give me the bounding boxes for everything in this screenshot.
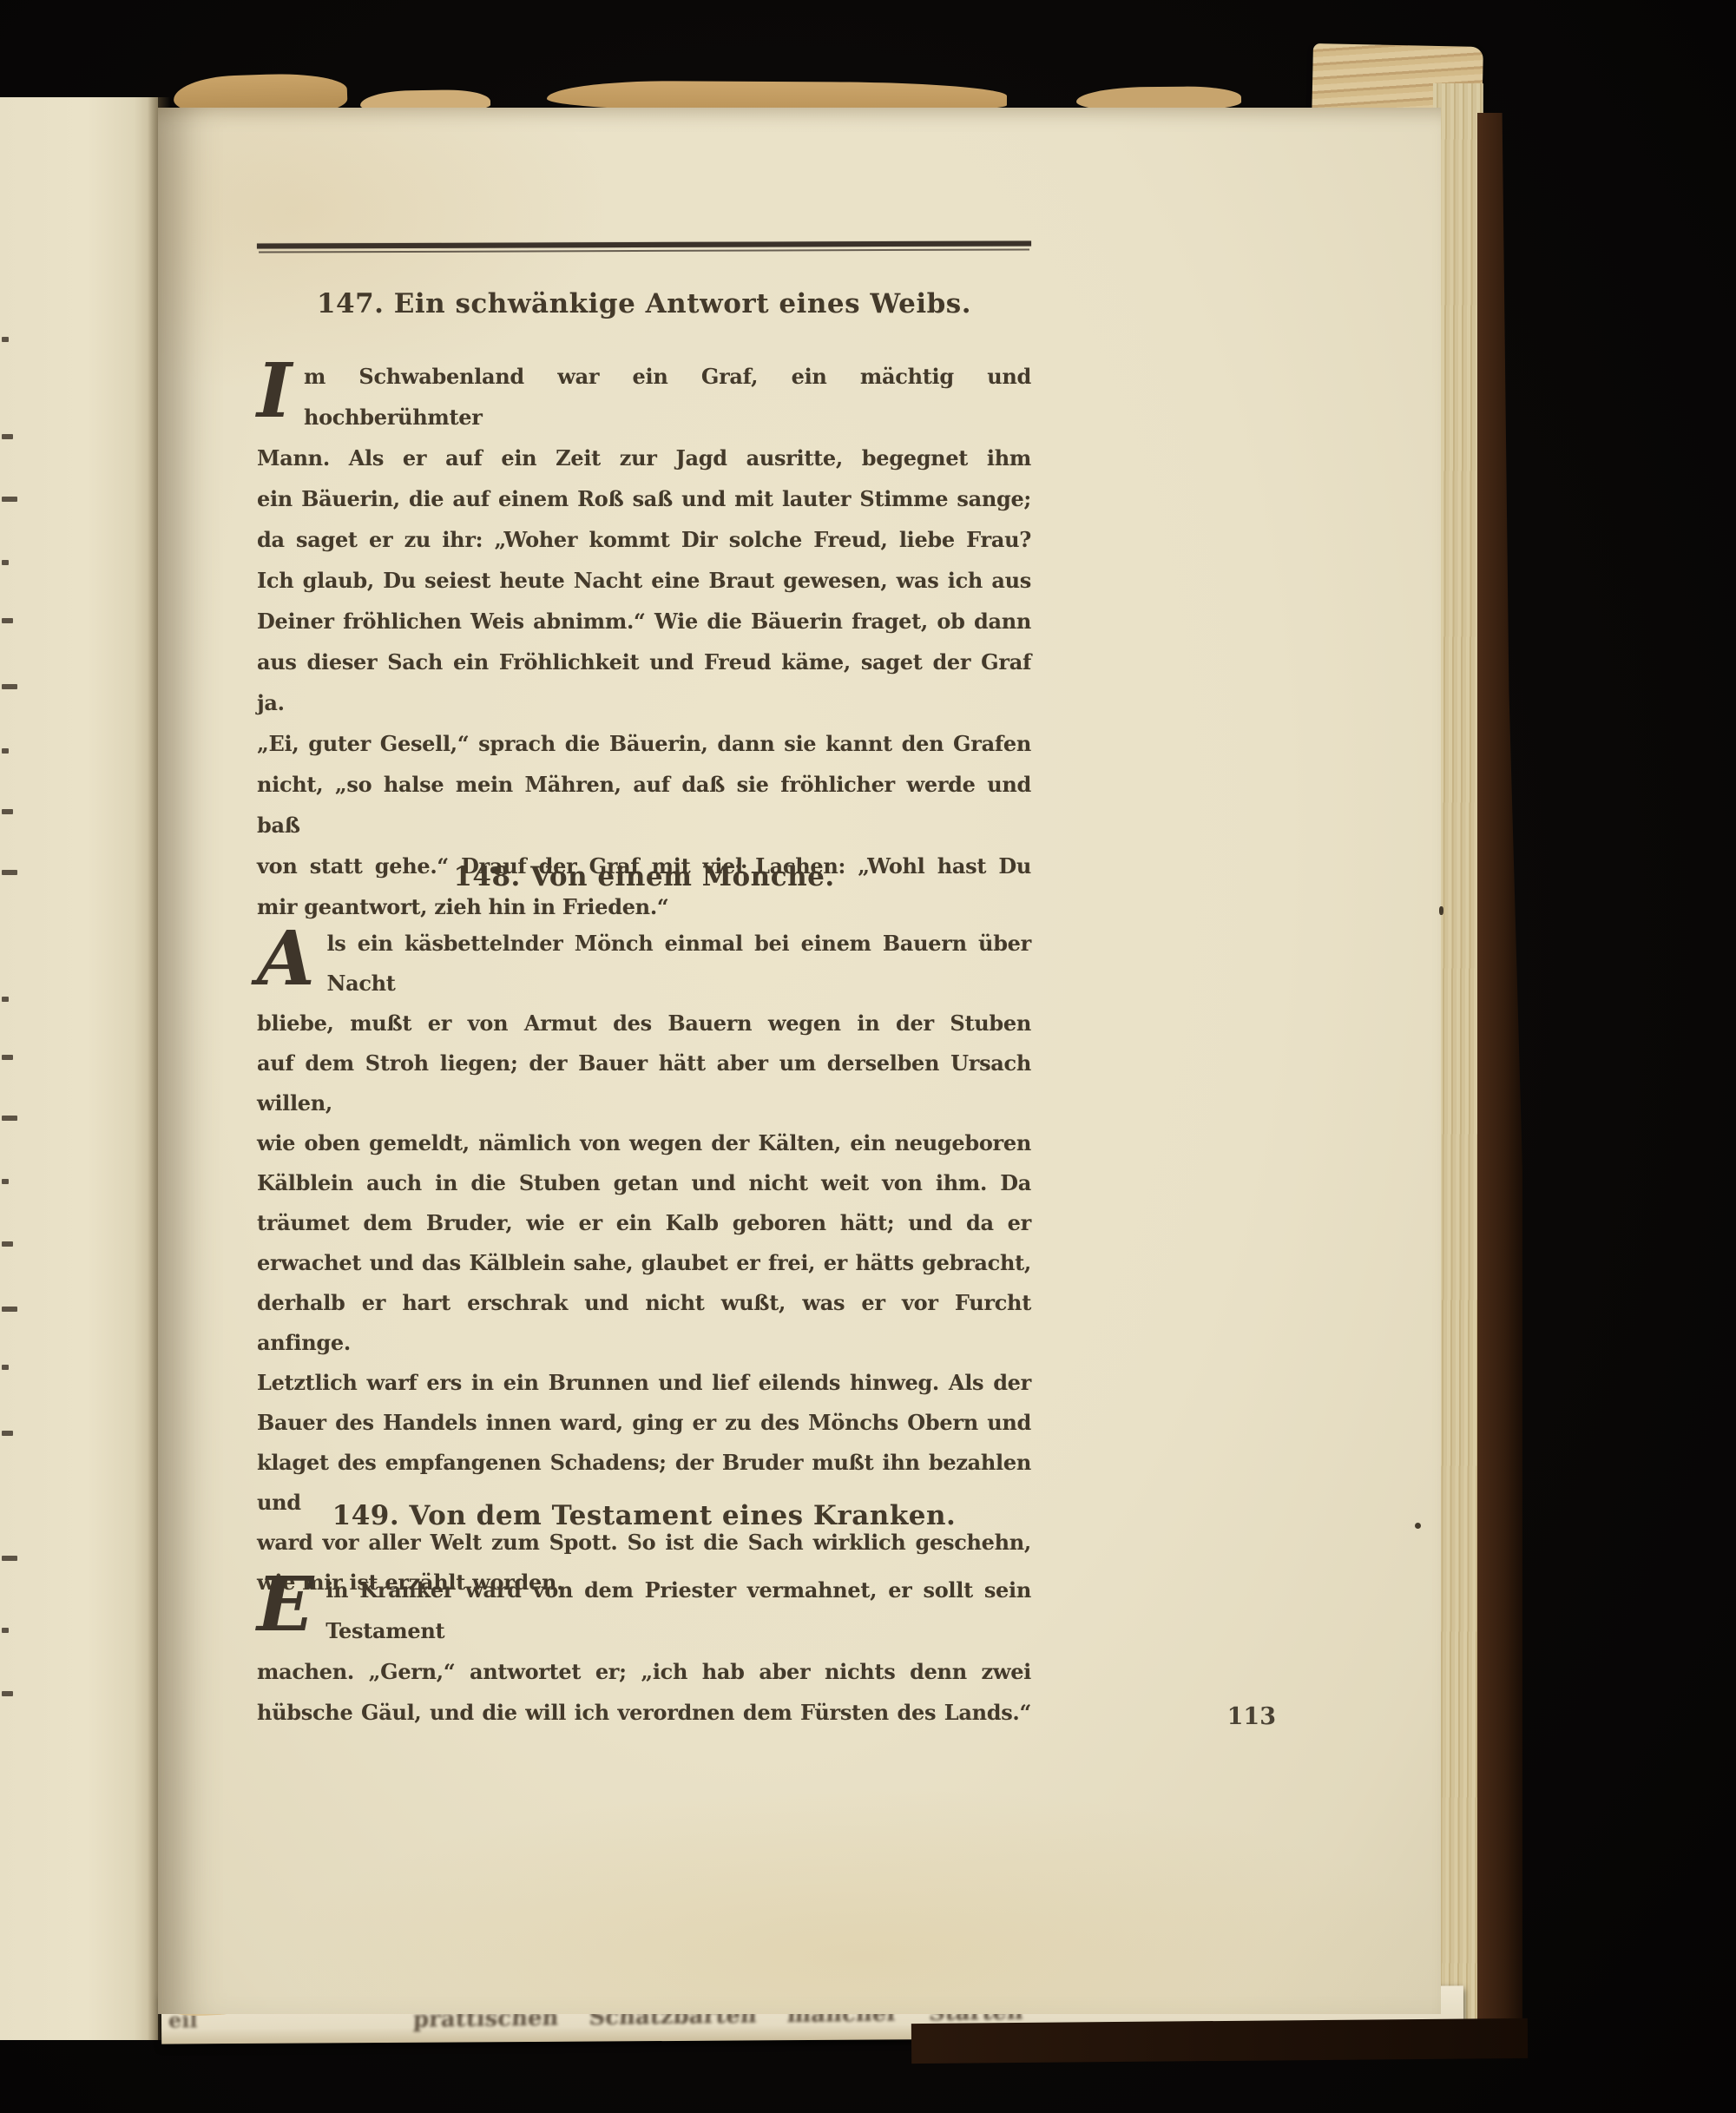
story-149-paragraph: E in Kranker ward von dem Priester verma… bbox=[257, 1570, 1031, 1733]
text-line: Letztlich warf ers in ein Brunnen und li… bbox=[257, 1363, 1031, 1403]
ink-speck bbox=[1415, 1523, 1421, 1529]
text-line: aus dieser Sach ein Fröhlichkeit und Fre… bbox=[257, 642, 1031, 723]
text-line: ls ein käsbettelnder Mönch einmal bei ei… bbox=[257, 924, 1031, 1004]
section-divider-rule-thin bbox=[259, 248, 1029, 253]
left-page-text-mark bbox=[2, 560, 9, 565]
book-photo: eil prattischen Schätzbarten mancher Sta… bbox=[0, 0, 1736, 2113]
left-page-text-mark bbox=[2, 870, 17, 875]
text-line: mir geantwort, zieh hin in Frieden.“ bbox=[257, 886, 1031, 927]
left-page-text-mark bbox=[2, 748, 9, 754]
left-page-text-mark bbox=[2, 809, 13, 814]
left-page-text-mark bbox=[2, 684, 17, 689]
text-line: Bauer des Handels innen ward, ging er zu… bbox=[257, 1403, 1031, 1443]
text-line: Ich glaub, Du seiest heute Nacht eine Br… bbox=[257, 560, 1031, 601]
section-heading-149: 149. Von dem Testament eines Kranken. bbox=[257, 1500, 1031, 1531]
text-line: da saget er zu ihr: „Woher kommt Dir sol… bbox=[257, 519, 1031, 560]
text-line: m Schwabenland war ein Graf, ein mächtig… bbox=[257, 356, 1031, 438]
left-page-text-mark bbox=[2, 997, 9, 1002]
dropcap-initial: A bbox=[257, 924, 326, 991]
left-page-text-mark bbox=[2, 1691, 13, 1696]
left-page-text-mark bbox=[2, 1628, 9, 1633]
left-page-text-mark bbox=[2, 1116, 17, 1121]
book-cover-edge bbox=[1477, 113, 1522, 2036]
left-page-text-mark bbox=[2, 1431, 13, 1436]
text-line: träumet dem Bruder, wie er ein Kalb gebo… bbox=[257, 1203, 1031, 1243]
text-line: Kälblein auch in die Stuben getan und ni… bbox=[257, 1163, 1031, 1203]
text-line: auf dem Stroh liegen; der Bauer hätt abe… bbox=[257, 1043, 1031, 1123]
text-line: Deiner fröhlichen Weis abnimm.“ Wie die … bbox=[257, 601, 1031, 642]
left-page-text-mark bbox=[2, 1055, 13, 1060]
text-line: wie oben gemeldt, nämlich von wegen der … bbox=[257, 1123, 1031, 1163]
left-page-text-mark bbox=[2, 337, 9, 342]
left-page-text-mark bbox=[2, 1307, 17, 1312]
section-heading-148: 148. Von einem Mönche. bbox=[257, 861, 1031, 892]
section-divider-rule bbox=[257, 240, 1031, 248]
dropcap-initial: I bbox=[257, 356, 304, 423]
text-line: hübsche Gäul, und die will ich verordnen… bbox=[257, 1692, 1031, 1733]
left-page-text-mark bbox=[2, 1556, 17, 1561]
book-page: 147. Ein schwänkige Antwort eines Weibs.… bbox=[158, 108, 1441, 2014]
left-page-text-mark bbox=[2, 434, 13, 439]
ink-speck bbox=[1439, 906, 1443, 915]
left-page-text-mark bbox=[2, 1241, 13, 1247]
book-cover-corner bbox=[911, 2018, 1528, 2064]
section-heading-147: 147. Ein schwänkige Antwort eines Weibs. bbox=[257, 288, 1031, 319]
dropcap-initial: E bbox=[257, 1570, 325, 1636]
left-page-text-mark bbox=[2, 497, 17, 502]
page-number: 113 bbox=[1163, 1703, 1276, 1730]
left-page bbox=[0, 97, 158, 2040]
story-147-paragraph: I m Schwabenland war ein Graf, ein mächt… bbox=[257, 356, 1031, 927]
text-line: „Ei, guter Gesell,“ sprach die Bäuerin, … bbox=[257, 723, 1031, 764]
text-line: Mann. Als er auf ein Zeit zur Jagd ausri… bbox=[257, 438, 1031, 478]
text-line: machen. „Gern,“ antwortet er; „ich hab a… bbox=[257, 1651, 1031, 1692]
text-line: ein Bäuerin, die auf einem Roß saß und m… bbox=[257, 478, 1031, 519]
text-line: nicht, „so halse mein Mähren, auf daß si… bbox=[257, 764, 1031, 846]
text-line: in Kranker ward von dem Priester vermahn… bbox=[257, 1570, 1031, 1651]
text-line: bliebe, mußt er von Armut des Bauern weg… bbox=[257, 1004, 1031, 1043]
text-line: erwachet und das Kälblein sahe, glaubet … bbox=[257, 1243, 1031, 1283]
left-page-text-mark bbox=[2, 1365, 9, 1370]
left-page-text-mark bbox=[2, 1179, 9, 1184]
left-page-text-mark bbox=[2, 618, 13, 623]
text-line: derhalb er hart erschrak und nicht wußt,… bbox=[257, 1283, 1031, 1363]
